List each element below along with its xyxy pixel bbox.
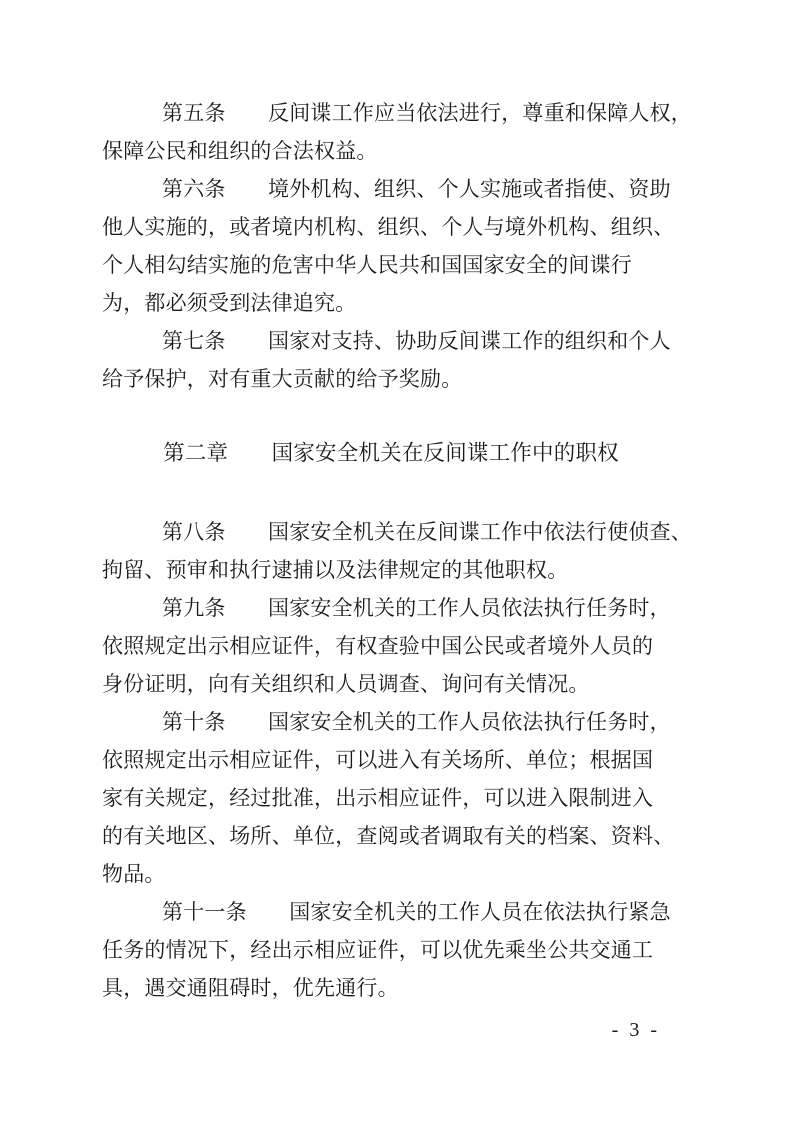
text-line: 保障公民和组织的合法权益。 [102,132,680,170]
article-start-line: 第九条 国家安全机关的工作人员依法执行任务时， [102,589,680,627]
article-start-line: 第五条 反间谍工作应当依法进行，尊重和保障人权， [102,94,680,132]
article-start-line: 第十一条 国家安全机关的工作人员在依法执行紧急 [102,893,680,931]
text-line: 他人实施的，或者境内机构、组织、个人与境外机构、组织、 [102,208,680,246]
document-page: 第五条 反间谍工作应当依法进行，尊重和保障人权， 保障公民和组织的合法权益。 第… [0,0,800,1131]
article-start-line: 第八条 国家安全机关在反间谍工作中依法行使侦查、 [102,513,680,551]
text-line: 个人相勾结实施的危害中华人民共和国国家安全的间谍行 [102,246,680,284]
text-line: 的有关地区、场所、单位，查阅或者调取有关的档案、资料、 [102,817,680,855]
document-text-column: 第五条 反间谍工作应当依法进行，尊重和保障人权， 保障公民和组织的合法权益。 第… [102,94,680,1007]
text-line: 物品。 [102,855,680,893]
article-start-line: 第七条 国家对支持、协助反间谍工作的组织和个人 [102,322,680,360]
text-line: 为，都必须受到法律追究。 [102,284,680,322]
text-line: 给予保护，对有重大贡献的给予奖励。 [102,360,680,398]
text-line: 依照规定出示相应证件，可以进入有关场所、单位；根据国 [102,741,680,779]
text-line: 身份证明，向有关组织和人员调查、询问有关情况。 [102,665,680,703]
text-line: 依照规定出示相应证件，有权查验中国公民或者境外人员的 [102,627,680,665]
article-start-line: 第十条 国家安全机关的工作人员依法执行任务时， [102,703,680,741]
text-line: 家有关规定，经过批准，出示相应证件，可以进入限制进入 [102,779,680,817]
article-start-line: 第六条 境外机构、组织、个人实施或者指使、资助 [102,170,680,208]
text-line: 任务的情况下，经出示相应证件，可以优先乘坐公共交通工 [102,931,680,969]
text-line: 具，遇交通阻碍时，优先通行。 [102,969,680,1007]
text-line: 拘留、预审和执行逮捕以及法律规定的其他职权。 [102,551,680,589]
chapter-heading: 第二章 国家安全机关在反间谍工作中的职权 [102,434,680,472]
page-number: - 3 - [612,1018,660,1042]
